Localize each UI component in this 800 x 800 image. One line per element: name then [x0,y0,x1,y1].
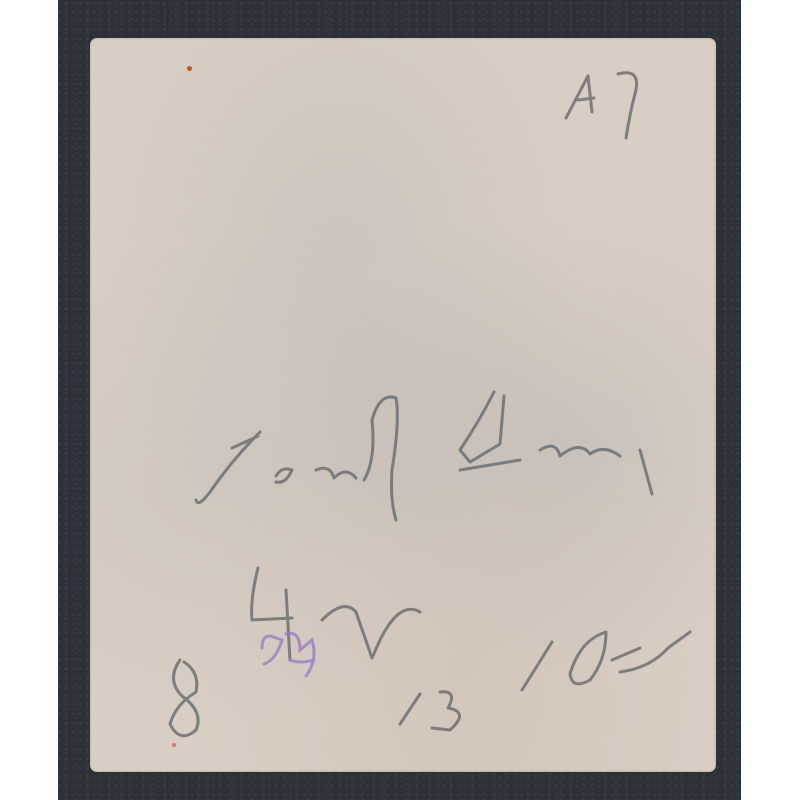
pencil-strokes [0,0,800,800]
